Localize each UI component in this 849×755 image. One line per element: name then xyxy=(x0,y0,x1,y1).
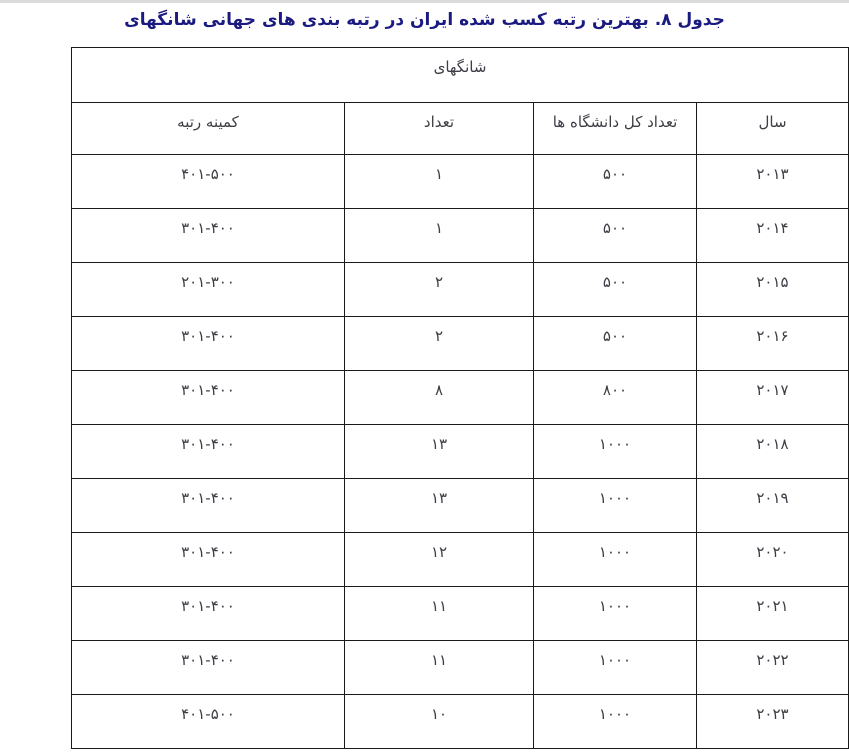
cell-min-rank: ۳۰۱-۴۰۰ xyxy=(71,587,344,641)
cell-total-universities: ۱۰۰۰ xyxy=(534,533,697,587)
cell-year: ۲۰۱۸ xyxy=(697,425,849,479)
cell-year: ۲۰۱۴ xyxy=(697,209,849,263)
col-header-total-universities: تعداد کل دانشگاه ها xyxy=(534,103,697,155)
table-row: ۲۰۱۸ ۱۰۰۰ ۱۳ ۳۰۱-۴۰۰ xyxy=(71,425,848,479)
cell-count: ۲ xyxy=(345,263,534,317)
cell-year: ۲۰۱۳ xyxy=(697,155,849,209)
cell-min-rank: ۳۰۱-۴۰۰ xyxy=(71,425,344,479)
cell-total-universities: ۱۰۰۰ xyxy=(534,641,697,695)
table-row: ۲۰۲۰ ۱۰۰۰ ۱۲ ۳۰۱-۴۰۰ xyxy=(71,533,848,587)
cell-year: ۲۰۲۱ xyxy=(697,587,849,641)
shanghai-ranking-table: شانگهای سال تعداد کل دانشگاه ها تعداد کم… xyxy=(71,47,849,749)
cell-total-universities: ۵۰۰ xyxy=(534,209,697,263)
table-row: ۲۰۱۹ ۱۰۰۰ ۱۳ ۳۰۱-۴۰۰ xyxy=(71,479,848,533)
page-title: جدول ۸. بهترین رتبه کسب شده ایران در رتب… xyxy=(0,3,849,47)
cell-count: ۱۰ xyxy=(345,695,534,749)
cell-total-universities: ۸۰۰ xyxy=(534,371,697,425)
cell-min-rank: ۴۰۱-۵۰۰ xyxy=(71,155,344,209)
cell-min-rank: ۳۰۱-۴۰۰ xyxy=(71,209,344,263)
table-row: ۲۰۱۴ ۵۰۰ ۱ ۳۰۱-۴۰۰ xyxy=(71,209,848,263)
cell-year: ۲۰۱۹ xyxy=(697,479,849,533)
cell-total-universities: ۵۰۰ xyxy=(534,317,697,371)
cell-min-rank: ۳۰۱-۴۰۰ xyxy=(71,533,344,587)
group-header-shanghai: شانگهای xyxy=(71,48,848,103)
cell-total-universities: ۵۰۰ xyxy=(534,155,697,209)
cell-total-universities: ۵۰۰ xyxy=(534,263,697,317)
cell-year: ۲۰۱۵ xyxy=(697,263,849,317)
cell-count: ۱۳ xyxy=(345,425,534,479)
cell-min-rank: ۳۰۱-۴۰۰ xyxy=(71,641,344,695)
cell-count: ۱ xyxy=(345,155,534,209)
cell-year: ۲۰۲۲ xyxy=(697,641,849,695)
table-row: ۲۰۲۱ ۱۰۰۰ ۱۱ ۳۰۱-۴۰۰ xyxy=(71,587,848,641)
cell-year: ۲۰۲۰ xyxy=(697,533,849,587)
cell-total-universities: ۱۰۰۰ xyxy=(534,479,697,533)
table-group-header-row: شانگهای xyxy=(71,48,848,103)
cell-year: ۲۰۲۳ xyxy=(697,695,849,749)
table-row: ۲۰۲۳ ۱۰۰۰ ۱۰ ۴۰۱-۵۰۰ xyxy=(71,695,848,749)
col-header-year: سال xyxy=(697,103,849,155)
cell-total-universities: ۱۰۰۰ xyxy=(534,695,697,749)
cell-year: ۲۰۱۷ xyxy=(697,371,849,425)
table-row: ۲۰۲۲ ۱۰۰۰ ۱۱ ۳۰۱-۴۰۰ xyxy=(71,641,848,695)
cell-count: ۱۳ xyxy=(345,479,534,533)
cell-count: ۱۲ xyxy=(345,533,534,587)
table-row: ۲۰۱۳ ۵۰۰ ۱ ۴۰۱-۵۰۰ xyxy=(71,155,848,209)
cell-count: ۸ xyxy=(345,371,534,425)
cell-min-rank: ۳۰۱-۴۰۰ xyxy=(71,479,344,533)
cell-count: ۲ xyxy=(345,317,534,371)
cell-count: ۱ xyxy=(345,209,534,263)
cell-min-rank: ۴۰۱-۵۰۰ xyxy=(71,695,344,749)
table-row: ۲۰۱۵ ۵۰۰ ۲ ۲۰۱-۳۰۰ xyxy=(71,263,848,317)
cell-min-rank: ۲۰۱-۳۰۰ xyxy=(71,263,344,317)
cell-count: ۱۱ xyxy=(345,587,534,641)
cell-total-universities: ۱۰۰۰ xyxy=(534,425,697,479)
col-header-count: تعداد xyxy=(345,103,534,155)
cell-total-universities: ۱۰۰۰ xyxy=(534,587,697,641)
cell-count: ۱۱ xyxy=(345,641,534,695)
table-row: ۲۰۱۶ ۵۰۰ ۲ ۳۰۱-۴۰۰ xyxy=(71,317,848,371)
cell-year: ۲۰۱۶ xyxy=(697,317,849,371)
cell-min-rank: ۳۰۱-۴۰۰ xyxy=(71,317,344,371)
table-column-header-row: سال تعداد کل دانشگاه ها تعداد کمینه رتبه xyxy=(71,103,848,155)
table-row: ۲۰۱۷ ۸۰۰ ۸ ۳۰۱-۴۰۰ xyxy=(71,371,848,425)
col-header-min-rank: کمینه رتبه xyxy=(71,103,344,155)
cell-min-rank: ۳۰۱-۴۰۰ xyxy=(71,371,344,425)
